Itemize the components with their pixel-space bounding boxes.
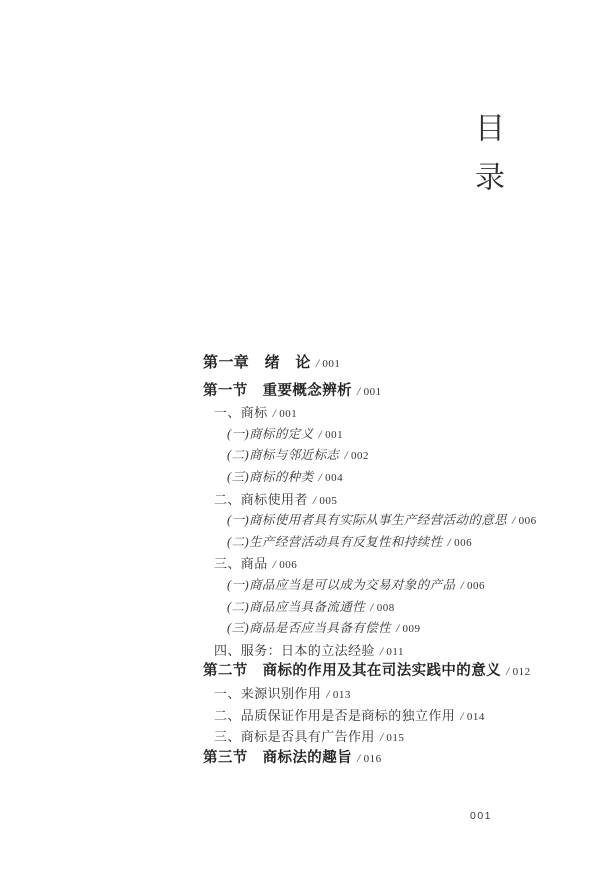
toc-entry-label: 一、商标 xyxy=(214,405,268,420)
toc-entry-label: (一)商品应当是可以成为交易对象的产品 xyxy=(227,578,455,592)
toc-entry-section: 第一节 重要概念辨析/001 xyxy=(203,381,533,403)
toc-entry-separator: / xyxy=(506,666,510,678)
toc-entry-item: 二、品质保证作用是否是商标的独立作用/014 xyxy=(203,705,533,727)
toc-entry-page-number: 016 xyxy=(364,753,382,765)
toc-entry-item: 二、商标使用者/005 xyxy=(203,489,533,511)
toc-entry-subitem: (二)商品应当具备流通性/008 xyxy=(203,597,533,619)
toc-entry-label: 第一节 重要概念辨析 xyxy=(203,383,352,399)
toc-entry-label: 三、商品 xyxy=(214,556,268,571)
toc-entry-separator: / xyxy=(448,537,452,549)
toc-entry-page-number: 004 xyxy=(325,472,343,484)
toc-entry-item: 一、商标/001 xyxy=(203,402,533,424)
toc-entry-separator: / xyxy=(319,472,323,484)
toc-entry-section: 第二节 商标的作用及其在司法实践中的意义/012 xyxy=(203,661,533,683)
toc-entry-separator: / xyxy=(370,602,374,614)
toc-entry-subitem: (三)商品是否应当具备有偿性/009 xyxy=(203,618,533,640)
toc-entry-label: 第一章 绪 论 xyxy=(203,354,311,371)
toc-entry-page-number: 006 xyxy=(454,537,472,549)
book-page: 目录 第一章 绪 论/001第一节 重要概念辨析/001一、商标/001(一)商… xyxy=(0,0,604,869)
toc-entry-label: 二、商标使用者 xyxy=(214,492,308,507)
toc-entry-separator: / xyxy=(316,358,320,370)
toc-entry-page-number: 002 xyxy=(351,450,369,462)
toc-entry-subitem: (二)商标与邻近标志/002 xyxy=(203,445,533,467)
toc-entry-page-number: 011 xyxy=(386,646,404,658)
toc-entry-separator: / xyxy=(380,732,384,744)
page-title: 目录 xyxy=(470,112,502,210)
toc-entry-item: 三、商品/006 xyxy=(203,553,533,575)
toc-list: 第一章 绪 论/001第一节 重要概念辨析/001一、商标/001(一)商标的定… xyxy=(203,352,533,769)
toc-entry-separator: / xyxy=(273,559,277,571)
toc-entry-label: 第三节 商标法的趣旨 xyxy=(203,750,352,766)
toc-entry-page-number: 005 xyxy=(319,495,337,507)
toc-entry-separator: / xyxy=(396,623,400,635)
toc-entry-subitem: (二)生产经营活动具有反复性和持续性/006 xyxy=(203,532,533,554)
toc-entry-page-number: 015 xyxy=(386,732,404,744)
toc-entry-separator: / xyxy=(319,429,323,441)
toc-entry-separator: / xyxy=(380,646,384,658)
toc-entry-page-number: 001 xyxy=(364,386,382,398)
toc-entry-subitem: (一)商品应当是可以成为交易对象的产品/006 xyxy=(203,575,533,597)
toc-entry-separator: / xyxy=(512,515,516,527)
toc-entry-separator: / xyxy=(460,580,464,592)
toc-entry-label: 三、商标是否具有广告作用 xyxy=(214,729,375,744)
toc-entry-page-number: 006 xyxy=(279,559,297,571)
toc-entry-label: 第二节 商标的作用及其在司法实践中的意义 xyxy=(203,663,501,679)
toc-entry-chapter: 第一章 绪 论/001 xyxy=(203,352,533,374)
toc-entry-label: (二)商标与邻近标志 xyxy=(227,448,339,462)
toc-entry-separator: / xyxy=(460,711,464,723)
toc-entry-subitem: (一)商标使用者具有实际从事生产经营活动的意思/006 xyxy=(203,510,533,532)
toc-entry-page-number: 013 xyxy=(333,689,351,701)
toc-entry-label: (二)商品应当具备流通性 xyxy=(227,600,365,614)
toc-entry-page-number: 001 xyxy=(325,429,343,441)
toc-entry-page-number: 012 xyxy=(513,666,531,678)
toc-entry-item: 一、来源识别作用/013 xyxy=(203,683,533,705)
toc-entry-subitem: (三)商标的种类/004 xyxy=(203,467,533,489)
toc-entry-label: (一)商标使用者具有实际从事生产经营活动的意思 xyxy=(227,513,507,527)
toc-entry-label: 二、品质保证作用是否是商标的独立作用 xyxy=(214,708,455,723)
toc-entry-page-number: 006 xyxy=(519,515,537,527)
toc-entry-separator: / xyxy=(326,689,330,701)
toc-entry-label: (三)商标的种类 xyxy=(227,470,314,484)
toc-entry-label: (一)商标的定义 xyxy=(227,427,314,441)
toc-entry-subitem: (一)商标的定义/001 xyxy=(203,424,533,446)
toc-entry-page-number: 006 xyxy=(467,580,485,592)
toc-entry-item: 四、服务：日本的立法经验/011 xyxy=(203,640,533,662)
toc-entry-label: (三)商品是否应当具备有偿性 xyxy=(227,621,391,635)
toc-entry-page-number: 009 xyxy=(403,623,421,635)
toc-entry-label: 四、服务：日本的立法经验 xyxy=(214,643,375,658)
toc-entry-page-number: 001 xyxy=(322,358,340,370)
toc-entry-label: (二)生产经营活动具有反复性和持续性 xyxy=(227,535,443,549)
toc-entry-page-number: 014 xyxy=(467,711,485,723)
toc-entry-separator: / xyxy=(344,450,348,462)
toc-entry-section: 第三节 商标法的趣旨/016 xyxy=(203,748,533,770)
toc-entry-page-number: 008 xyxy=(377,602,395,614)
toc-entry-separator: / xyxy=(357,386,361,398)
toc-entry-page-number: 001 xyxy=(279,408,297,420)
toc-entry-label: 一、来源识别作用 xyxy=(214,686,321,701)
toc-entry-separator: / xyxy=(273,408,277,420)
toc-entry-item: 三、商标是否具有广告作用/015 xyxy=(203,726,533,748)
footer-page-number: 001 xyxy=(470,810,492,822)
toc-entry-separator: / xyxy=(357,753,361,765)
toc-entry-separator: / xyxy=(313,495,317,507)
